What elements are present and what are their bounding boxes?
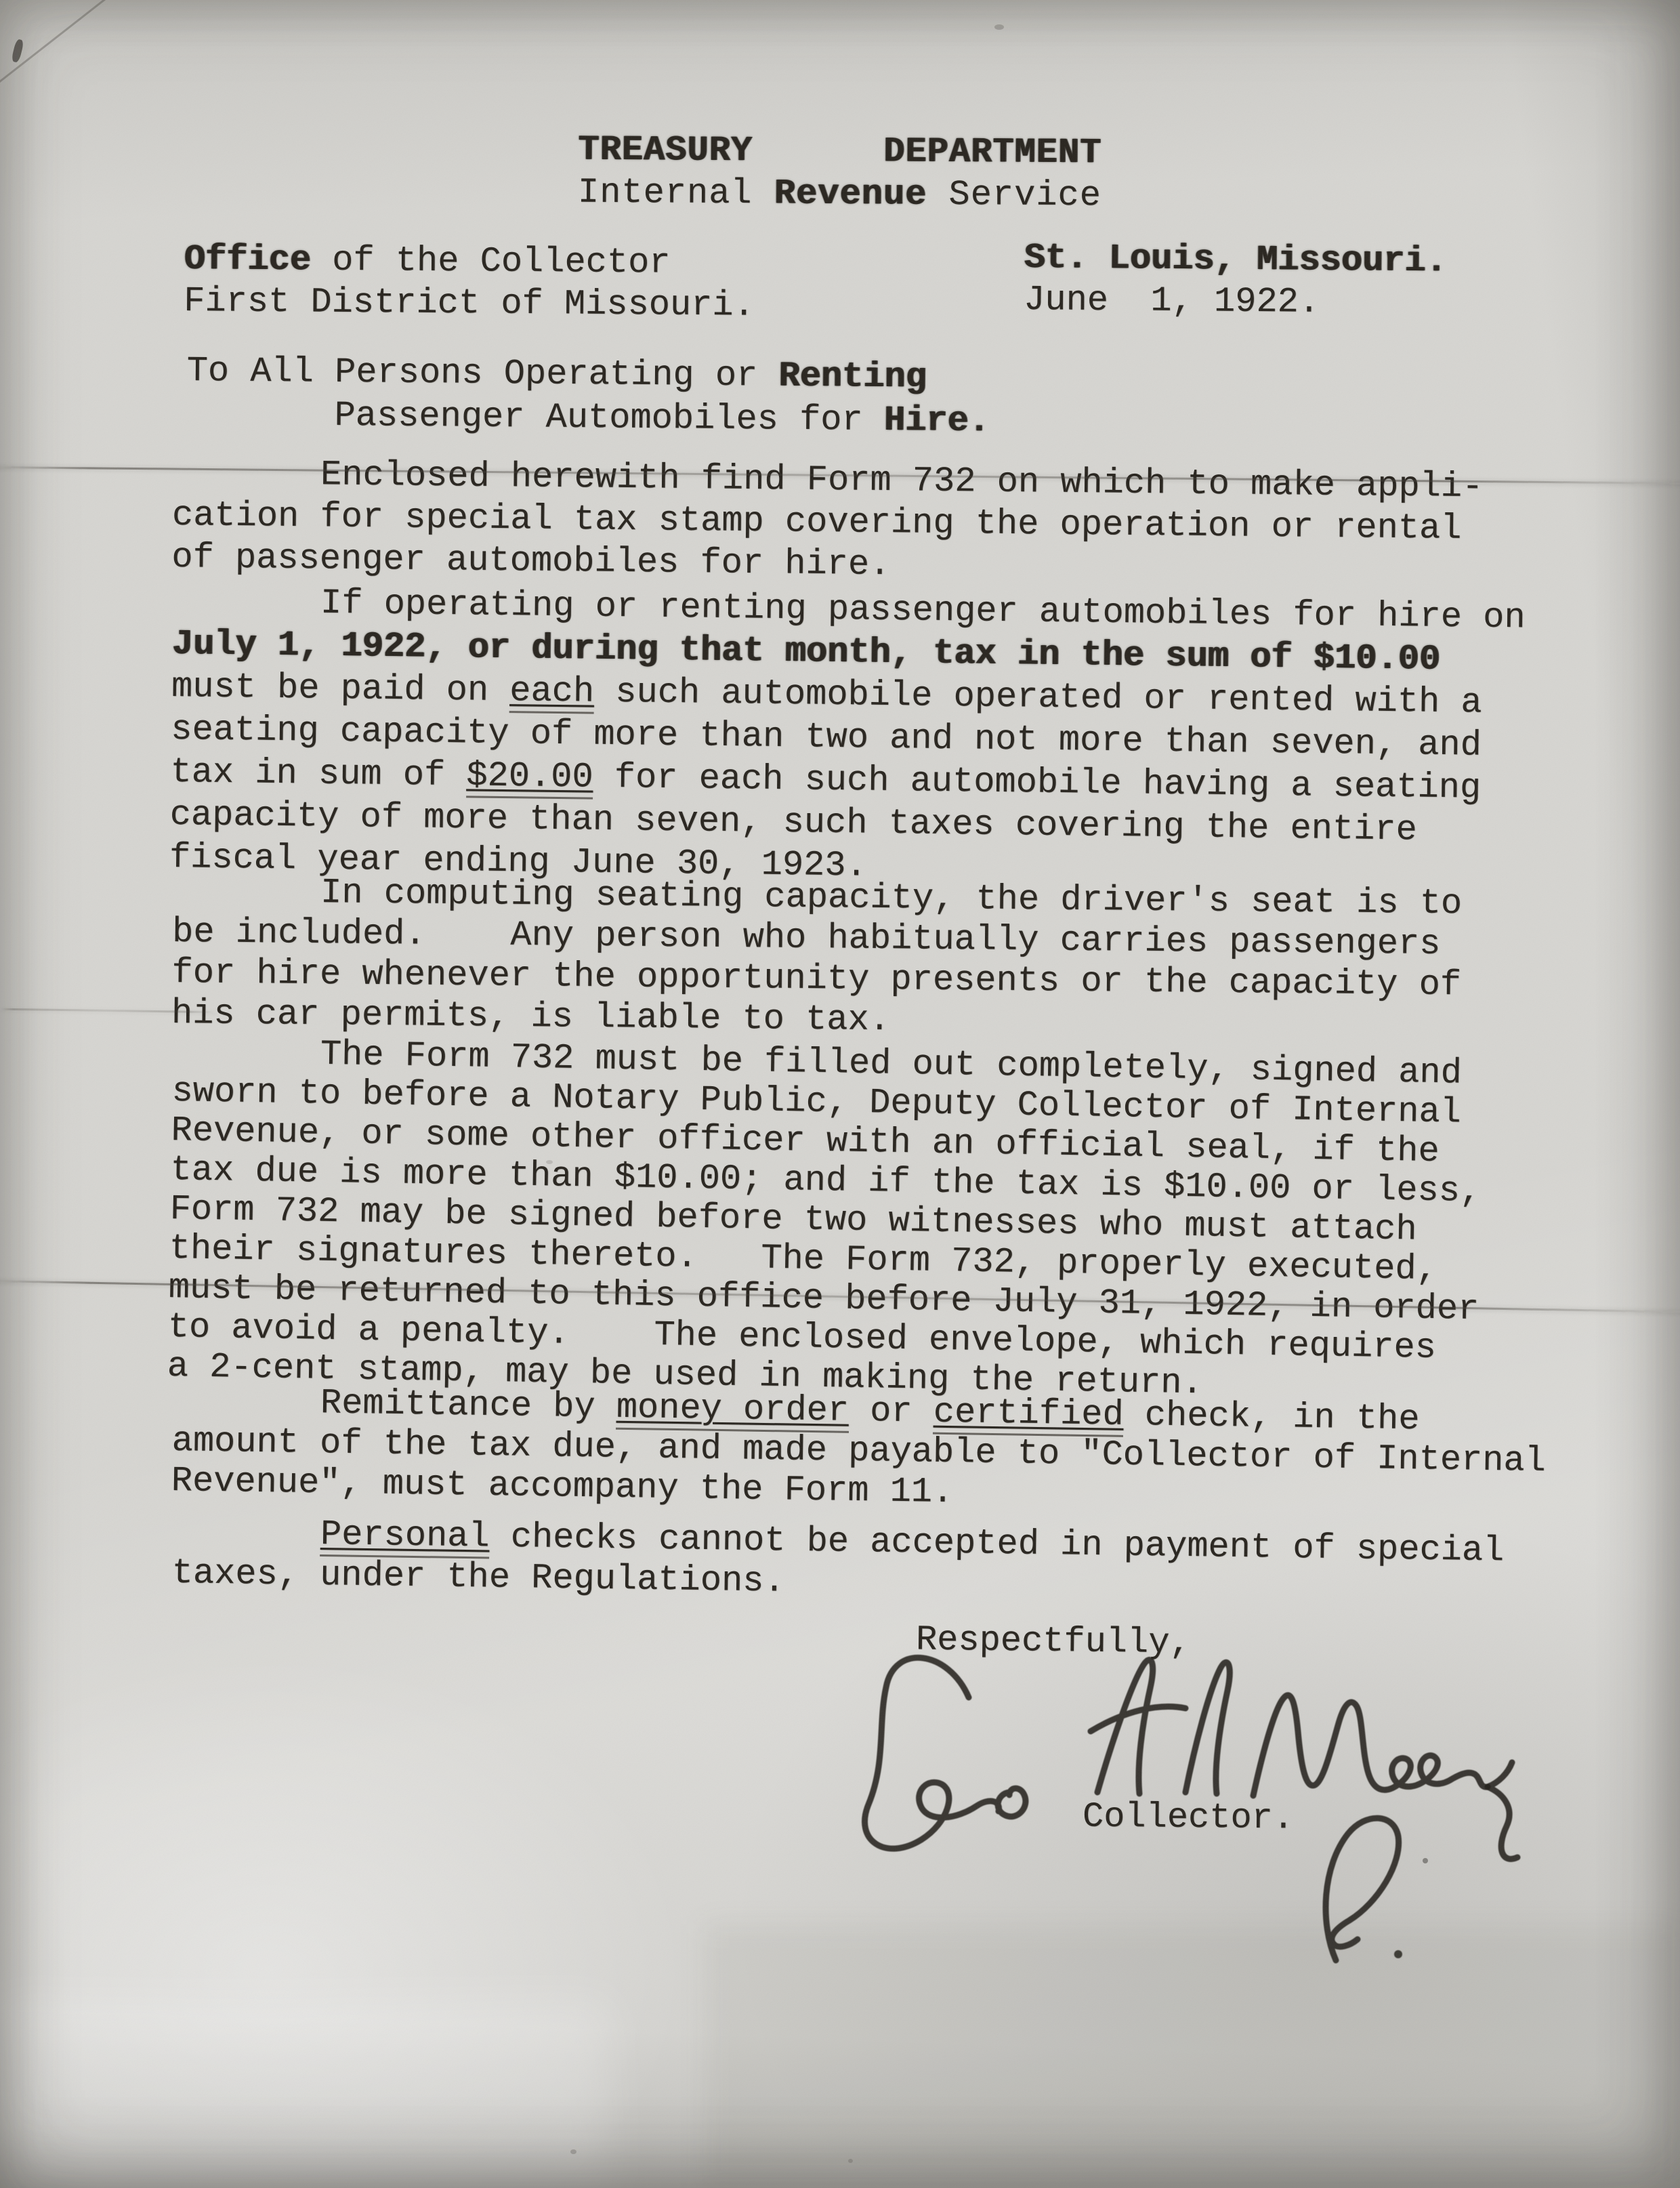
initial-stroke-p [1326,1818,1399,1960]
paragraph-2: If operating or renting passenger automo… [169,580,1526,895]
letter-page: TREASURY DEPARTMENT Internal Revenue Ser… [0,0,1680,2188]
signature-stroke-h [1091,1660,1230,1794]
typewritten-line: To All Persons Operating or Renting [186,350,990,400]
origin-place: St. Louis, Missouri. [1024,237,1447,283]
paper-shading [0,1999,610,2188]
paper-shading [705,1924,1680,2188]
paragraph-4: The Form 732 must be filled out complete… [167,1033,1483,1408]
ink-speck [570,2149,576,2154]
signer-title: Collector. [1083,1796,1295,1840]
typewritten-line: Office of the Collector [184,239,755,285]
typewritten-line: Passenger Automobiles for Hire. [186,393,990,443]
origin-place-date-block: St. Louis, Missouri. June 1, 1922. [1024,237,1447,325]
paragraph-3: In computing seating capacity, the drive… [171,871,1463,1046]
ink-speck [848,2159,853,2163]
ink-speck [994,24,1004,30]
paragraph-5: Remittance by money order or certified c… [171,1381,1547,1521]
paper-corner-fold [0,0,113,90]
paragraph-1: Enclosed herewith find Form 732 on which… [171,453,1484,592]
addressee-block: To All Persons Operating or Renting Pass… [186,350,990,443]
letterhead: TREASURY DEPARTMENT Internal Revenue Ser… [0,125,1680,220]
signer-initial-mark [1295,1801,1451,1984]
origin-office-block: Office of the CollectorFirst District of… [184,239,755,327]
signature-stroke-moore [1253,1695,1488,1796]
signature-stroke-flourish [1488,1762,1517,1859]
ink-speck [11,39,24,63]
signature-stroke-geo [865,1657,1026,1849]
paragraph-6: Personal checks cannot be accepted in pa… [171,1512,1504,1612]
typewritten-line: First District of Missouri. [184,281,755,327]
origin-date: June 1, 1922. [1024,279,1447,325]
initial-dot [1394,1950,1402,1958]
